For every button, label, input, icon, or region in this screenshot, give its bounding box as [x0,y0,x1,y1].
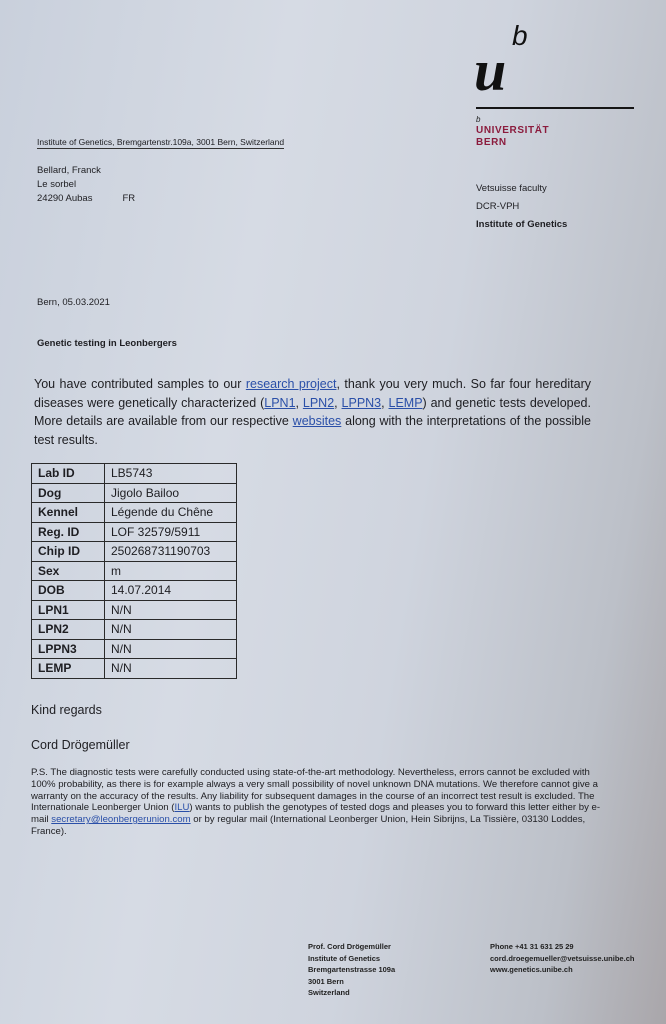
letter-subject: Genetic testing in Leonbergers [37,338,177,349]
row-label: LPPN3 [32,639,105,659]
footer-line: 3001 Bern [308,976,395,988]
footer-line: Institute of Genetics [308,953,395,965]
footer-contact: Phone +41 31 631 25 29 cord.droegemuelle… [490,941,634,976]
row-value: N/N [105,600,237,620]
university-logo-u: u [474,42,506,100]
recipient-city-line: 24290 AubasFR [37,192,135,206]
table-row: LPPN3N/N [32,639,237,659]
row-label: Reg. ID [32,522,105,542]
row-label: Kennel [32,503,105,523]
row-label: LEMP [32,659,105,679]
letter-date: Bern, 05.03.2021 [37,297,110,308]
table-row: DOB14.07.2014 [32,581,237,601]
row-label: Dog [32,483,105,503]
footer-line: Bremgartenstrasse 109a [308,964,395,976]
lpn1-link[interactable]: LPN1 [264,396,295,410]
faculty-department: DCR-VPH [476,198,567,216]
recipient-address: Bellard, Franck Le sorbel 24290 AubasFR [37,164,135,206]
separator: , [296,396,303,410]
row-value: LB5743 [105,464,237,484]
university-name: UNIVERSITÄT BERN [476,125,549,149]
lppn3-link[interactable]: LPPN3 [342,396,382,410]
logo-divider [476,107,634,109]
letter-body: You have contributed samples to our rese… [34,375,591,449]
lemp-link[interactable]: LEMP [389,396,423,410]
footer-line: Prof. Cord Drögemüller [308,941,395,953]
ilu-link[interactable]: ILU [174,802,189,813]
table-row: LPN2N/N [32,620,237,640]
signature: Cord Drögemüller [31,738,130,752]
lpn2-link[interactable]: LPN2 [303,396,334,410]
row-value: LOF 32579/5911 [105,522,237,542]
row-value: 14.07.2014 [105,581,237,601]
separator: , [334,396,341,410]
sender-address-line: Institute of Genetics, Bremgartenstr.109… [37,137,284,149]
footer-email: cord.droegemueller@vetsuisse.unibe.ch [490,953,634,965]
footer-website: www.genetics.unibe.ch [490,964,634,976]
closing: Kind regards [31,703,102,717]
table-row: Reg. IDLOF 32579/5911 [32,522,237,542]
footer-address: Prof. Cord Drögemüller Institute of Gene… [308,941,395,999]
separator: , [381,396,388,410]
recipient-name: Bellard, Franck [37,164,135,178]
row-label: Lab ID [32,464,105,484]
table-row: DogJigolo Bailoo [32,483,237,503]
row-value: Jigolo Bailoo [105,483,237,503]
table-row: Chip ID250268731190703 [32,542,237,562]
row-label: DOB [32,581,105,601]
faculty-block: Vetsuisse faculty DCR-VPH Institute of G… [476,180,567,234]
row-value: N/N [105,620,237,640]
table-row: KennelLégende du Chêne [32,503,237,523]
postscript: P.S. The diagnostic tests were carefully… [31,767,601,838]
row-value: N/N [105,659,237,679]
email-link[interactable]: secretary@leonbergerunion.com [51,814,190,825]
table-row: Sexm [32,561,237,581]
row-value: 250268731190703 [105,542,237,562]
table-row: Lab IDLB5743 [32,464,237,484]
table-row: LEMPN/N [32,659,237,679]
research-project-link[interactable]: research project [246,377,337,391]
university-name-line1: UNIVERSITÄT [476,125,549,137]
table-row: LPN1N/N [32,600,237,620]
row-value: N/N [105,639,237,659]
body-text-1: You have contributed samples to our [34,377,246,391]
recipient-country: FR [122,192,135,206]
recipient-city: 24290 Aubas [37,193,92,204]
row-label: Chip ID [32,542,105,562]
logo-small-b: b [476,115,480,124]
row-label: Sex [32,561,105,581]
row-label: LPN1 [32,600,105,620]
faculty-institute: Institute of Genetics [476,216,567,234]
results-table: Lab IDLB5743DogJigolo BailooKennelLégend… [31,463,237,679]
footer-phone: Phone +41 31 631 25 29 [490,941,634,953]
row-label: LPN2 [32,620,105,640]
university-logo-superscript: b [512,22,528,50]
university-name-line2: BERN [476,137,549,149]
faculty-name: Vetsuisse faculty [476,180,567,198]
footer-line: Switzerland [308,987,395,999]
websites-link[interactable]: websites [293,414,342,428]
recipient-street: Le sorbel [37,178,135,192]
row-value: Légende du Chêne [105,503,237,523]
row-value: m [105,561,237,581]
